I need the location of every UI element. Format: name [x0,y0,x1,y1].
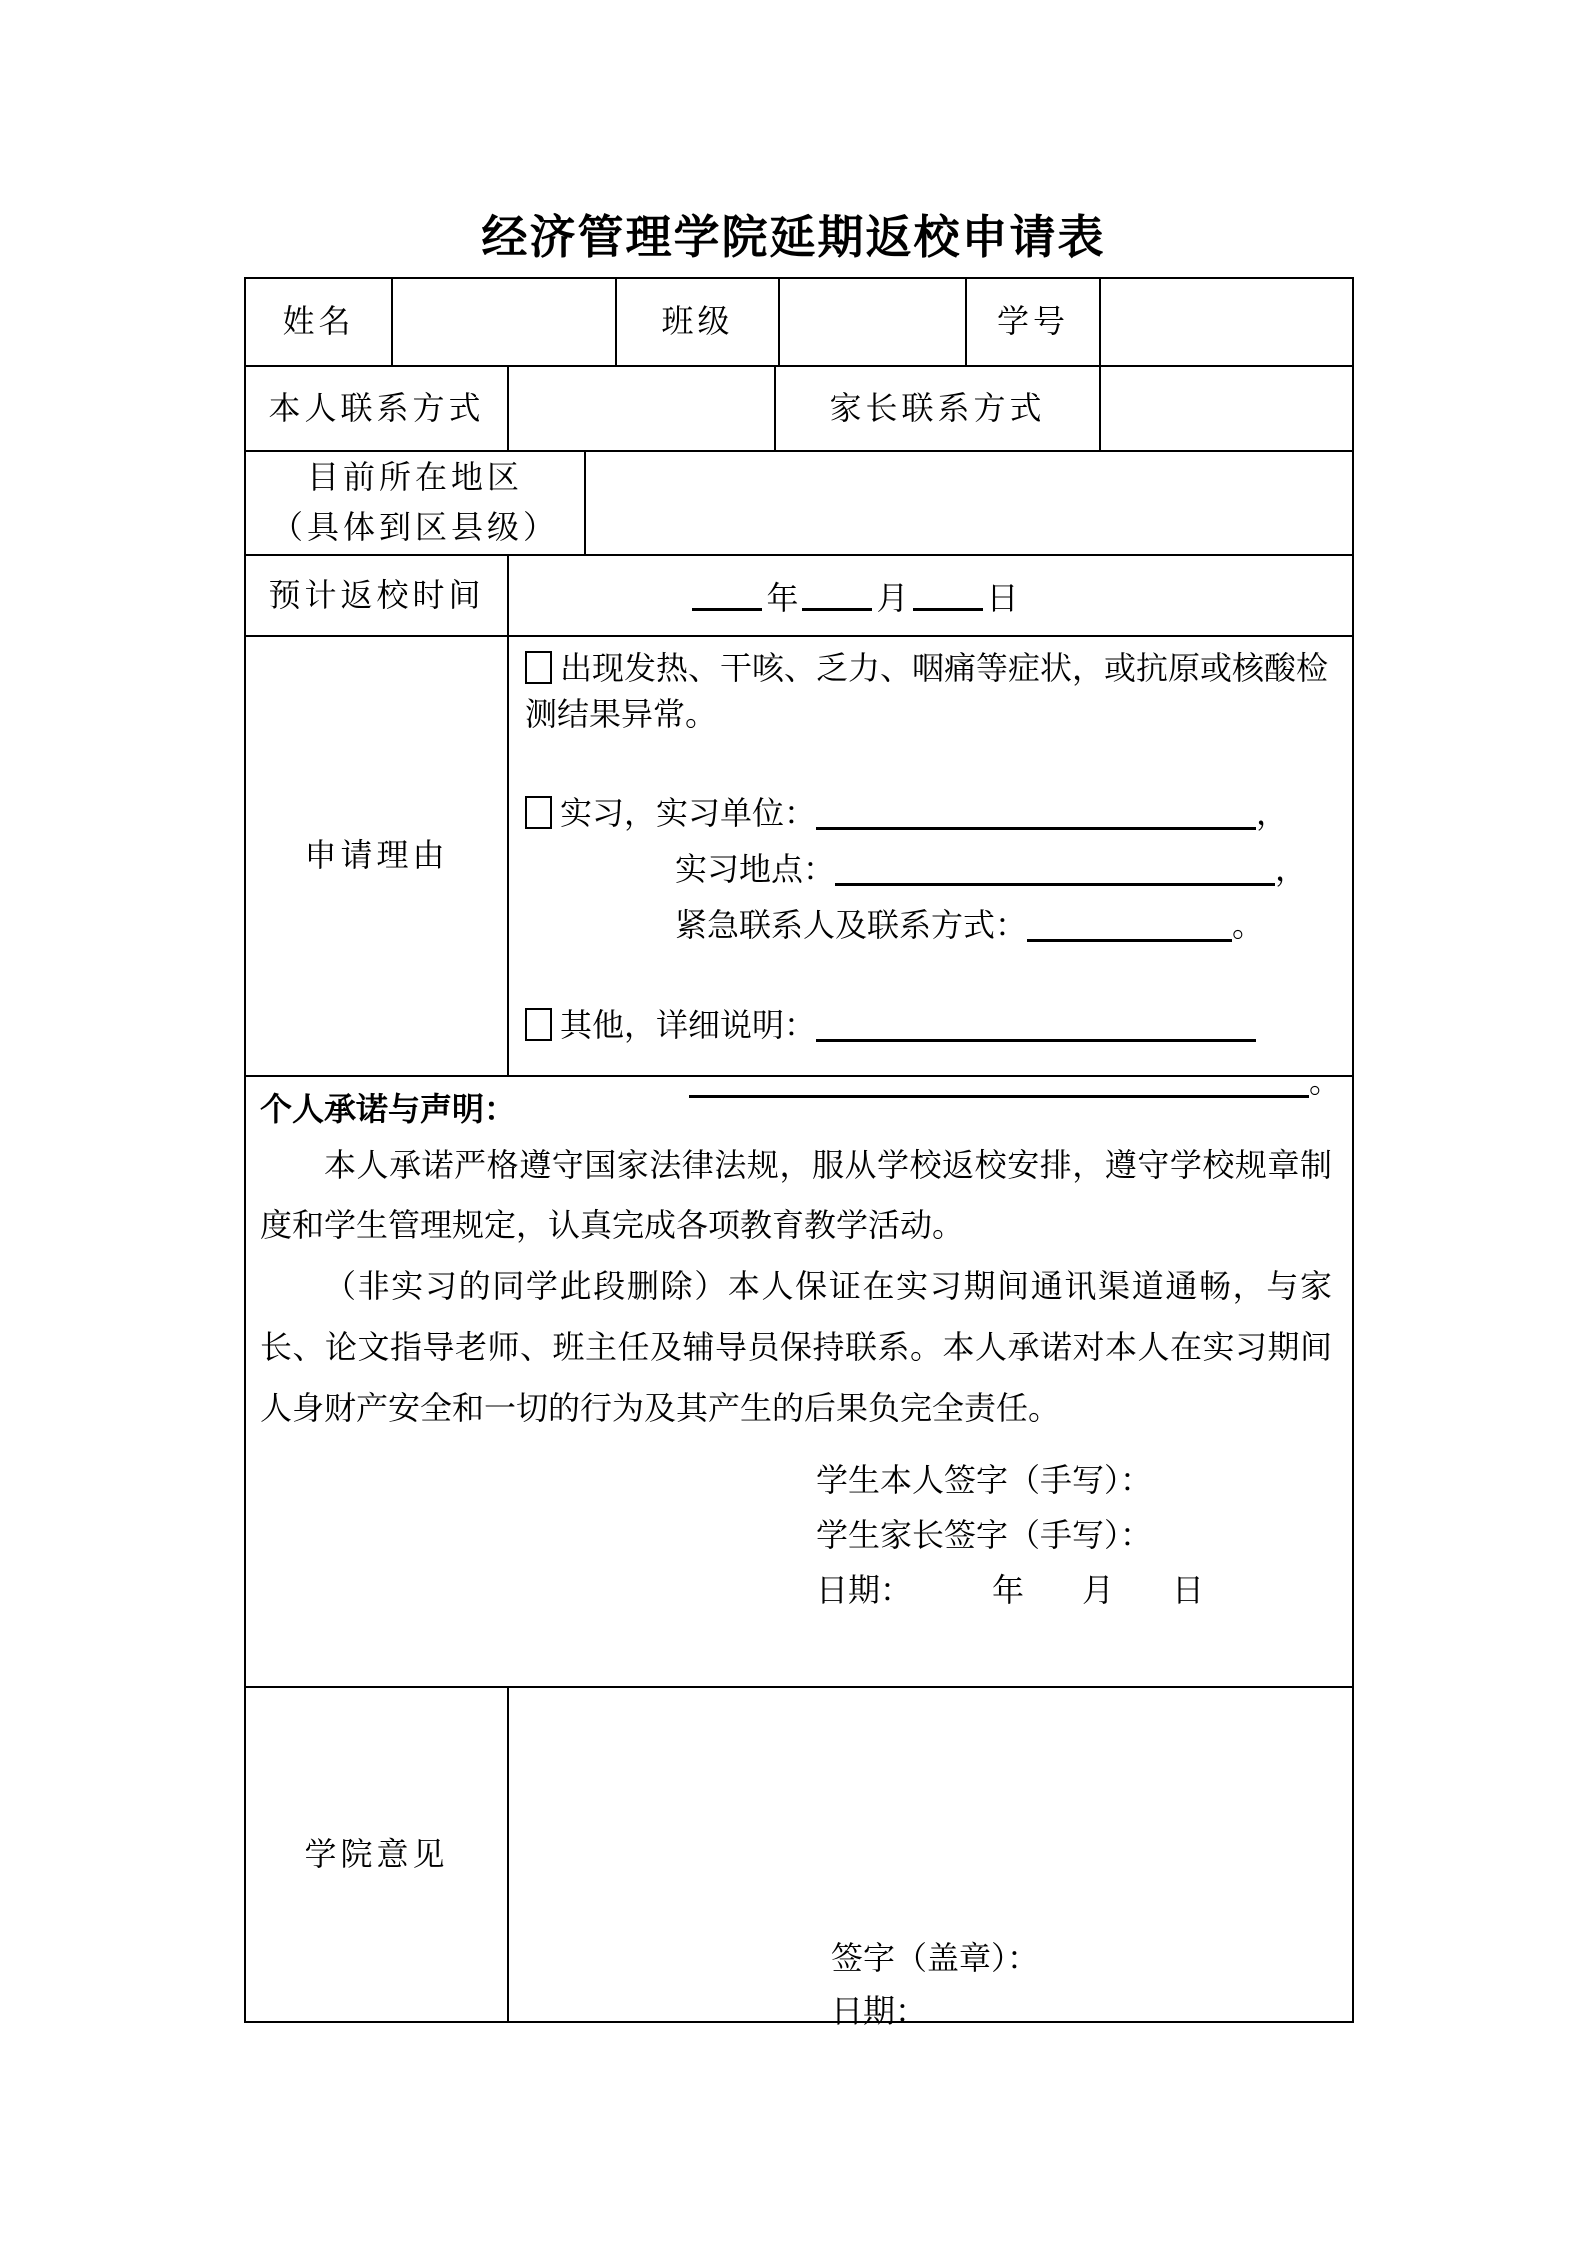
row-reason: 申请理由 出现发热、干咳、乏力、咽痛等症状，或抗原或核酸检测结果异常。 实习，实… [246,637,1352,1077]
reason-option-internship: 实习，实习单位：， 实习地点：， 紧急联系人及联系方式：。 [525,785,1341,953]
current-location-label: 目前所在地区 （具体到区县级） [246,452,586,554]
declaration-paragraph-1: 本人承诺严格遵守国家法律法规，服从学校返校安排，遵守学校规章制度和学生管理规定，… [260,1135,1332,1257]
parent-contact-label: 家长联系方式 [776,367,1101,450]
college-sign-lines: 签字（盖章）： 日期： [831,1932,1039,2038]
signature-block: 学生本人签字（手写）： 学生家长签字（手写）： 日期：年月日 [816,1453,1332,1618]
application-form-page: 经济管理学院延期返校申请表 姓名 班级 学号 本人联系方式 家长联系方式 目前所… [0,0,1587,2245]
self-contact-label: 本人联系方式 [246,367,509,450]
internship-location-blank[interactable] [835,856,1275,886]
reason-content-cell: 出现发热、干咳、乏力、咽痛等症状，或抗原或核酸检测结果异常。 实习，实习单位：，… [509,637,1361,1075]
year-label: 年 [992,1572,1024,1608]
row-return-date: 预计返校时间 年月日 [246,556,1352,637]
month-label: 月 [876,573,908,619]
current-location-input-cell[interactable] [586,452,1352,554]
current-location-label-line2: （具体到区县级） [271,503,559,553]
parent-contact-input-cell[interactable] [1101,367,1352,450]
declaration-cell: 个人承诺与声明： 本人承诺严格遵守国家法律法规，服从学校返校安排，遵守学校规章制… [246,1077,1352,1686]
internship-line-company: 实习，实习单位：， [525,785,1341,841]
return-date-cell: 年月日 [509,556,1352,635]
college-opinion-cell[interactable]: 签字（盖章）： 日期： [509,1688,1352,2021]
row-basic-info: 姓名 班级 学号 [246,279,1352,367]
return-day-blank[interactable] [913,581,983,611]
comma-mark: ， [1275,851,1307,887]
college-date-label: 日期： [831,1985,1039,2038]
other-detail-blank[interactable] [816,1012,1256,1042]
college-opinion-label: 学院意见 [246,1688,509,2021]
form-title: 经济管理学院延期返校申请表 [0,201,1587,267]
declaration-heading: 个人承诺与声明： [260,1085,1332,1135]
class-label: 班级 [617,279,780,365]
reason-option-symptoms: 出现发热、干咳、乏力、咽痛等症状，或抗原或核酸检测结果异常。 [525,645,1341,737]
internship-line-location: 实习地点：， [525,841,1341,897]
comma-mark: ， [1256,795,1288,831]
period-mark: 。 [1232,907,1264,943]
other-option-text: 其他，详细说明： [560,1007,816,1043]
other-line-1: 其他，详细说明： [525,997,1341,1053]
other-checkbox-icon[interactable] [525,1008,552,1041]
internship-company-blank[interactable] [816,800,1256,830]
college-sign-label: 签字（盖章）： [831,1932,1039,1985]
internship-location-label: 实习地点： [675,851,835,887]
student-id-input-cell[interactable] [1101,279,1352,365]
row-college-opinion: 学院意见 签字（盖章）： 日期： [246,1688,1352,2021]
row-declaration: 个人承诺与声明： 本人承诺严格遵守国家法律法规，服从学校返校安排，遵守学校规章制… [246,1077,1352,1688]
current-location-label-line1: 目前所在地区 [307,453,523,503]
internship-option-text: 实习，实习单位： [560,795,816,831]
return-month-blank[interactable] [802,581,872,611]
name-label: 姓名 [246,279,393,365]
student-id-label: 学号 [967,279,1101,365]
row-current-location: 目前所在地区 （具体到区县级） [246,452,1352,556]
symptoms-option-text: 出现发热、干咳、乏力、咽痛等症状，或抗原或核酸检测结果异常。 [525,650,1328,732]
emergency-contact-blank[interactable] [1027,912,1232,942]
student-signature-label: 学生本人签字（手写）： [816,1453,1332,1508]
symptoms-checkbox-icon[interactable] [525,651,552,684]
application-form-table: 姓名 班级 学号 本人联系方式 家长联系方式 目前所在地区 （具体到区县级） 预… [244,277,1354,2023]
year-label: 年 [766,573,798,619]
declaration-date-line: 日期：年月日 [816,1563,1332,1618]
name-input-cell[interactable] [393,279,617,365]
day-label: 日 [1172,1572,1204,1608]
return-date-label: 预计返校时间 [246,556,509,635]
parent-signature-label: 学生家长签字（手写）： [816,1508,1332,1563]
reason-label: 申请理由 [246,637,509,1075]
day-label: 日 [987,573,1019,619]
declaration-paragraph-2: （非实习的同学此段删除）本人保证在实习期间通讯渠道通畅，与家长、论文指导老师、班… [260,1256,1332,1438]
row-contacts: 本人联系方式 家长联系方式 [246,367,1352,452]
internship-checkbox-icon[interactable] [525,796,552,829]
self-contact-input-cell[interactable] [509,367,776,450]
emergency-contact-label: 紧急联系人及联系方式： [675,907,1027,943]
class-input-cell[interactable] [780,279,967,365]
date-label: 日期： [816,1572,912,1608]
return-year-blank[interactable] [692,581,762,611]
internship-line-contact: 紧急联系人及联系方式：。 [525,897,1341,953]
month-label: 月 [1082,1572,1114,1608]
